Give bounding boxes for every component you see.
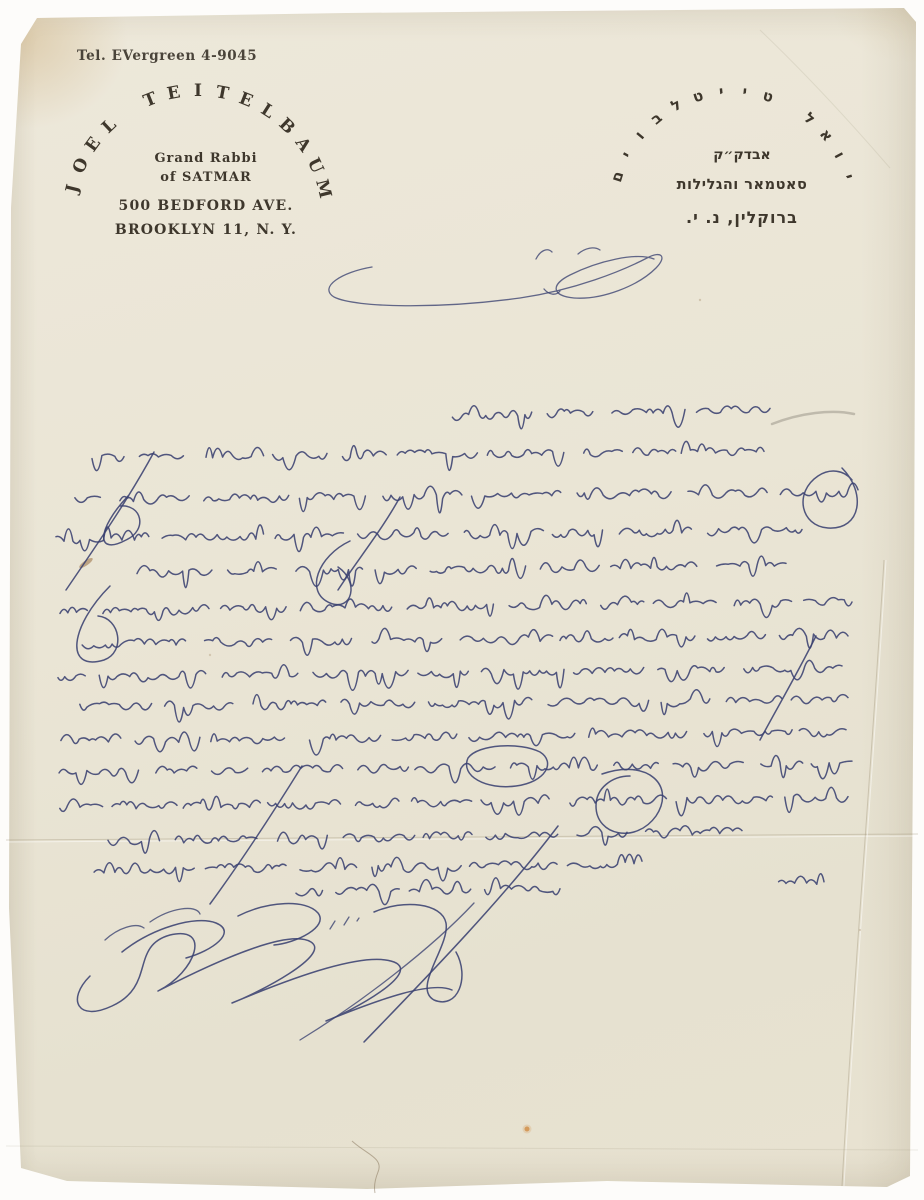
fold-crease-vertical-highlight bbox=[844, 560, 886, 1186]
pencil-smudge bbox=[772, 412, 854, 424]
letterhead-hebrew-arc: יואלטייטלבוים bbox=[607, 82, 858, 184]
handwritten-line-15 bbox=[296, 878, 560, 905]
signature-upper-loops bbox=[122, 904, 320, 958]
signature-small-marks bbox=[105, 908, 200, 940]
fold-crease-vertical bbox=[842, 560, 884, 1186]
signature-ticks bbox=[330, 917, 359, 929]
arc-letter: ט bbox=[690, 86, 705, 106]
arc-letter: ט bbox=[761, 86, 776, 106]
loop-stroke bbox=[803, 468, 857, 528]
diagonal-stroke bbox=[760, 636, 816, 740]
arc-letter: T bbox=[141, 88, 160, 111]
arc-letter: ו bbox=[830, 148, 848, 161]
arc-letter: B bbox=[275, 114, 299, 138]
arc-letter: י bbox=[742, 82, 748, 100]
flourish-underline bbox=[329, 255, 662, 306]
letter-overlay: JOELTEITELBAUM יואלטייטלבוים bbox=[0, 0, 924, 1200]
arc-letter: י bbox=[617, 149, 635, 161]
flourish-mark-bet bbox=[536, 250, 552, 259]
freckle bbox=[209, 654, 211, 656]
loop-stroke bbox=[77, 586, 118, 662]
handwritten-line-12 bbox=[60, 787, 848, 815]
diagonal-stroke bbox=[210, 766, 302, 904]
handwritten-line-1 bbox=[452, 406, 770, 429]
loop-stroke bbox=[316, 541, 351, 605]
arc-letter: U bbox=[303, 155, 327, 177]
flourish-mark-hey bbox=[578, 248, 600, 254]
arc-letter: ב bbox=[647, 109, 665, 129]
bottom-tear bbox=[352, 1141, 379, 1193]
signature-loops bbox=[77, 934, 452, 1021]
arc-letter: T bbox=[214, 82, 231, 104]
signature-scribble bbox=[77, 903, 474, 1040]
arc-letter: E bbox=[236, 88, 255, 111]
loop-stroke bbox=[104, 496, 140, 545]
scanned-letter-page: Tel. EVergreen 4-9045 Grand Rabbi of SAT… bbox=[0, 0, 924, 1200]
handwritten-line-8 bbox=[58, 660, 842, 690]
paper-creases bbox=[6, 30, 918, 1193]
freckle bbox=[699, 299, 701, 301]
arc-letter: I bbox=[194, 81, 202, 101]
arc-letter: L bbox=[257, 100, 278, 123]
orange-speck-halo bbox=[523, 1125, 532, 1134]
diagonal-stroke bbox=[364, 826, 558, 1042]
handwritten-line-6 bbox=[60, 593, 852, 620]
arc-letter: E bbox=[165, 82, 182, 104]
handwritten-body bbox=[56, 406, 858, 905]
arc-letter: L bbox=[98, 115, 120, 138]
handwritten-line-4 bbox=[56, 520, 802, 551]
arc-letter: א bbox=[816, 125, 837, 145]
arc-letter: E bbox=[81, 134, 105, 156]
handwritten-line-7 bbox=[82, 628, 848, 655]
freckle bbox=[859, 929, 861, 931]
arc-letter: J bbox=[62, 182, 84, 197]
arc-letter: ל bbox=[800, 109, 818, 129]
handwritten-line-3 bbox=[75, 483, 858, 513]
arc-letter: ם bbox=[607, 169, 627, 184]
arc-letter: י bbox=[839, 172, 858, 181]
handwritten-line-9 bbox=[80, 690, 848, 722]
handwritten-line-16 bbox=[779, 874, 824, 885]
signature-cross-stroke bbox=[300, 903, 474, 1040]
diagonal-stroke bbox=[66, 452, 154, 590]
corner-crease-topright bbox=[760, 30, 890, 168]
fold-crease-bottom bbox=[6, 1146, 918, 1150]
opening-flourish bbox=[329, 248, 662, 306]
arc-letter: ל bbox=[668, 95, 684, 115]
handwritten-line-2 bbox=[92, 441, 764, 470]
letterhead-english-arc: JOELTEITELBAUM bbox=[62, 81, 336, 201]
paper-stains bbox=[78, 299, 861, 1134]
arc-letter: M bbox=[311, 177, 335, 200]
circled-word bbox=[467, 746, 548, 787]
handwriting-flourish-strokes bbox=[66, 412, 857, 1042]
handwritten-line-11 bbox=[59, 755, 852, 784]
arc-letter: A bbox=[290, 133, 315, 157]
handwritten-line-14 bbox=[94, 854, 642, 881]
arc-letter: י bbox=[718, 82, 724, 100]
arc-letter: ו bbox=[631, 127, 648, 142]
arc-letter: O bbox=[69, 155, 93, 177]
handwritten-line-5 bbox=[137, 556, 786, 587]
handwritten-line-10 bbox=[61, 728, 846, 755]
